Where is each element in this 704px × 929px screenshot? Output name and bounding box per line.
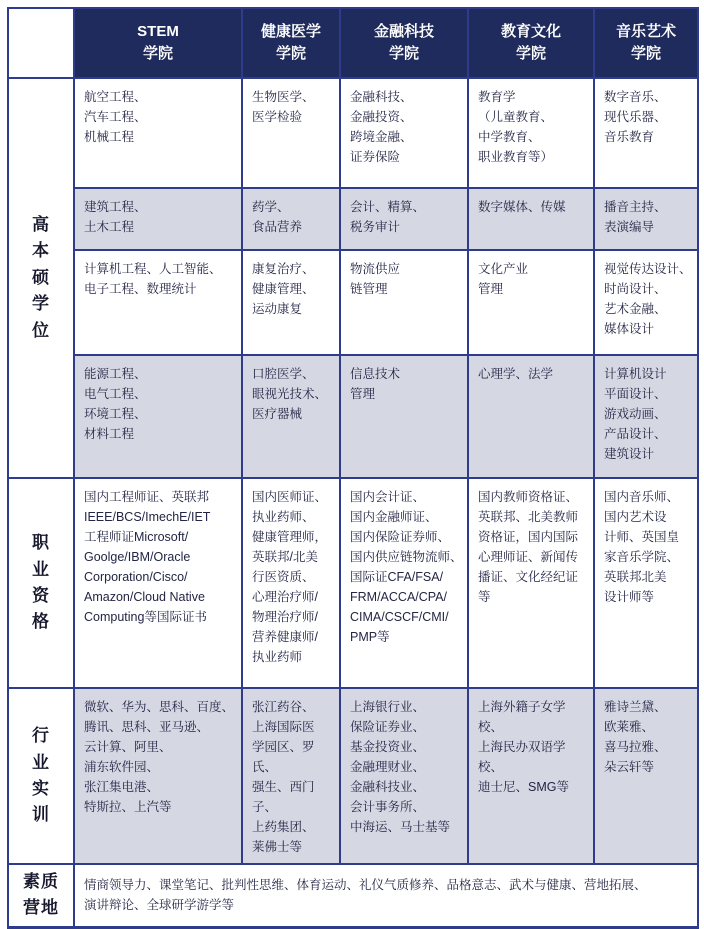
cell-degree2-stem: 建筑工程、 土木工程: [74, 188, 242, 250]
cell-training-fintech: 上海银行业、 保险证券业、 基金投资业、 金融理财业、 金融科技业、 会计事务所…: [340, 688, 468, 864]
cell-degree3-music: 视觉传达设计、 时尚设计、 艺术金融、 媒体设计: [594, 250, 698, 355]
row-label-qualifications: 职 业 资 格: [8, 478, 74, 688]
degree-row-2: 建筑工程、 土木工程 药学、 食品营养 会计、精算、 税务审计 数字媒体、传媒 …: [8, 188, 698, 250]
header-stem-college: STEM 学院: [74, 8, 242, 78]
college-program-sheet: STEM 学院 健康医学 学院 金融科技 学院 教育文化 学院 音乐艺术 学院 …: [0, 0, 704, 914]
cell-training-music: 雅诗兰黛、 欧莱雅、 喜马拉雅、 朵云轩等: [594, 688, 698, 864]
cell-degree2-fintech: 会计、精算、 税务审计: [340, 188, 468, 250]
header-fintech-college: 金融科技 学院: [340, 8, 468, 78]
cell-qual-stem: 国内工程师证、英联邦 IEEE/BCS/ImechE/IET 工程师证Micro…: [74, 478, 242, 688]
row-label-camp: 素质 营地: [8, 864, 74, 927]
cell-degree1-fintech: 金融科技、 金融投资、 跨境金融、 证券保险: [340, 78, 468, 188]
cell-qual-music: 国内音乐师、 国内艺术设 计师、英国皇 家音乐学院、 英联邦北美 设计师等: [594, 478, 698, 688]
cell-degree2-music: 播音主持、 表演编导: [594, 188, 698, 250]
qualification-row: 职 业 资 格 国内工程师证、英联邦 IEEE/BCS/ImechE/IET 工…: [8, 478, 698, 688]
cell-degree2-education: 数字媒体、传媒: [468, 188, 594, 250]
header-health-medical-college: 健康医学 学院: [242, 8, 340, 78]
cell-degree4-health: 口腔医学、 眼视光技术、 医疗器械: [242, 355, 340, 478]
cell-degree4-stem: 能源工程、 电气工程、 环境工程、 材料工程: [74, 355, 242, 478]
cell-degree4-music: 计算机设计 平面设计、 游戏动画、 产品设计、 建筑设计: [594, 355, 698, 478]
cell-degree3-education: 文化产业 管理: [468, 250, 594, 355]
cell-training-education: 上海外籍子女学校、 上海民办双语学校、 迪士尼、SMG等: [468, 688, 594, 864]
header-music-art-college: 音乐艺术 学院: [594, 8, 698, 78]
corner-cell: [8, 8, 74, 78]
row-label-degrees: 高 本 硕 学 位: [8, 78, 74, 478]
cell-qual-health: 国内医师证、 执业药师、 健康管理师， 英联邦/北美 行医资质、 心理治疗师/ …: [242, 478, 340, 688]
cell-qual-fintech: 国内会计证、 国内金融师证、 国内保险证券师、 国内供应链物流师、 国际证CFA…: [340, 478, 468, 688]
cell-degree1-health: 生物医学、 医学检验: [242, 78, 340, 188]
degree-row-3: 计算机工程、人工智能、 电子工程、数理统计 康复治疗、 健康管理、 运动康复 物…: [8, 250, 698, 355]
cell-degree3-stem: 计算机工程、人工智能、 电子工程、数理统计: [74, 250, 242, 355]
cell-degree3-fintech: 物流供应 链管理: [340, 250, 468, 355]
cell-degree1-music: 数字音乐、 现代乐器、 音乐教育: [594, 78, 698, 188]
cell-training-health: 张江药谷、 上海国际医 学园区、罗氏、 强生、西门子、 上药集团、 莱佛士等: [242, 688, 340, 864]
cell-camp-all-colleges: 情商领导力、课堂笔记、批判性思维、体育运动、礼仪气质修养、品格意志、武术与健康、…: [74, 864, 698, 927]
cell-qual-education: 国内教师资格证、 英联邦、北美教师 资格证，国内国际 心理师证、新闻传 播证、文…: [468, 478, 594, 688]
cell-degree2-health: 药学、 食品营养: [242, 188, 340, 250]
cell-degree4-education: 心理学、法学: [468, 355, 594, 478]
cell-degree1-education: 教育学 （儿童教育、 中学教育、 职业教育等）: [468, 78, 594, 188]
row-label-training: 行 业 实 训: [8, 688, 74, 864]
cell-degree3-health: 康复治疗、 健康管理、 运动康复: [242, 250, 340, 355]
header-row: STEM 学院 健康医学 学院 金融科技 学院 教育文化 学院 音乐艺术 学院: [8, 8, 698, 78]
training-row: 行 业 实 训 微软、华为、思科、百度、 腾讯、思科、亚马逊、 云计算、阿里、 …: [8, 688, 698, 864]
camp-row: 素质 营地 情商领导力、课堂笔记、批判性思维、体育运动、礼仪气质修养、品格意志、…: [8, 864, 698, 927]
degree-row-1: 高 本 硕 学 位 航空工程、 汽车工程、 机械工程 生物医学、 医学检验 金融…: [8, 78, 698, 188]
header-education-culture-college: 教育文化 学院: [468, 8, 594, 78]
college-matrix-table: STEM 学院 健康医学 学院 金融科技 学院 教育文化 学院 音乐艺术 学院 …: [7, 7, 699, 929]
cell-degree1-stem: 航空工程、 汽车工程、 机械工程: [74, 78, 242, 188]
degree-row-4: 能源工程、 电气工程、 环境工程、 材料工程 口腔医学、 眼视光技术、 医疗器械…: [8, 355, 698, 478]
cell-degree4-fintech: 信息技术 管理: [340, 355, 468, 478]
cell-training-stem: 微软、华为、思科、百度、 腾讯、思科、亚马逊、 云计算、阿里、 浦东软件园、 张…: [74, 688, 242, 864]
